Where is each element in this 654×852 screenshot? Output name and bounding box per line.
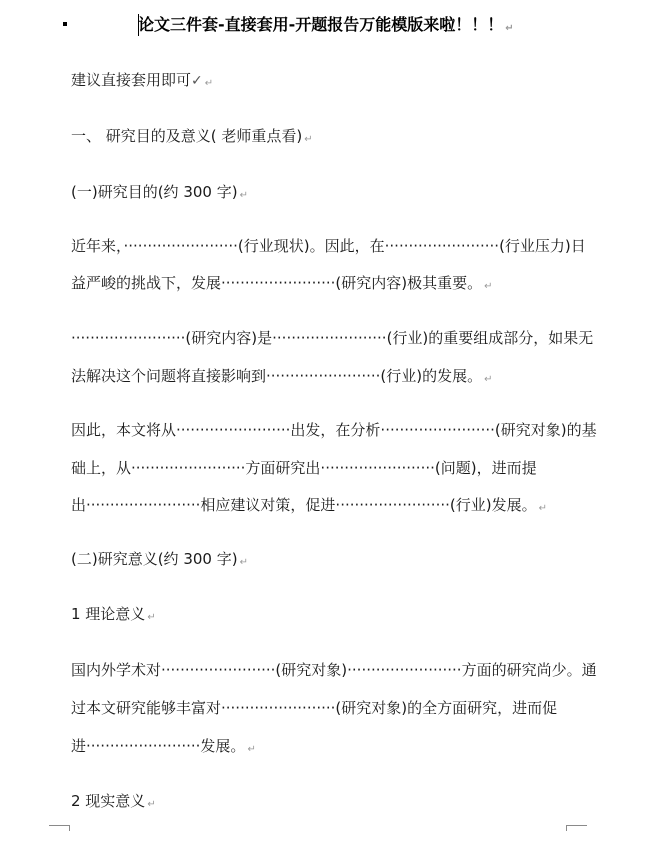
page-margin-corner-right-icon — [566, 825, 587, 831]
paragraph-4-line-1[interactable]: 国内外学术对························(研究对象)····… — [71, 660, 597, 680]
subsection-heading-significance[interactable]: (二)研究意义(约 300 字)↵ — [71, 549, 248, 573]
document-title[interactable]: 论文三件套-直接套用-开题报告万能模版来啦！！！↵ — [138, 14, 514, 40]
paragraph-4-line-2[interactable]: 过本文研究能够丰富对························(研究对象)… — [71, 698, 557, 718]
check-icon: ✓ — [191, 73, 203, 89]
heading-text: (二)研究意义(约 300 字) — [71, 550, 238, 568]
paragraph-mark-icon: ↵ — [205, 78, 213, 89]
paragraph-text: ························(研究内容)是·········… — [71, 329, 593, 347]
document-page[interactable]: 论文三件套-直接套用-开题报告万能模版来啦！！！↵ 建议直接套用即可✓↵ 一、 … — [0, 0, 654, 852]
paragraph-2-line-2[interactable]: 法解决这个问题将直接影响到························(行业… — [71, 366, 493, 390]
paragraph-mark-icon: ↵ — [304, 134, 312, 145]
paragraph-text: 近年来，························(行业现状)。因此，在·… — [71, 237, 586, 255]
page-margin-corner-left-icon — [49, 825, 70, 831]
heading-text: 一、 研究目的及意义( 老师重点看) — [71, 127, 302, 145]
paragraph-2-line-1[interactable]: ························(研究内容)是·········… — [71, 328, 593, 348]
paragraph-mark-icon: ↵ — [505, 23, 513, 34]
paragraph-mark-icon: ↵ — [147, 799, 155, 810]
paragraph-1-line-1[interactable]: 近年来，························(行业现状)。因此，在·… — [71, 236, 586, 256]
paragraph-text: 出························相应建议对策，促进······… — [71, 496, 537, 514]
intro-line[interactable]: 建议直接套用即可✓↵ — [71, 70, 213, 94]
paragraph-3-line-1[interactable]: 因此，本文将从························出发，在分析···… — [71, 420, 597, 440]
paragraph-mark-icon: ↵ — [240, 557, 248, 568]
intro-text: 建议直接套用即可 — [71, 71, 191, 89]
paragraph-text: 益严峻的挑战下，发展························(研究内容)… — [71, 274, 482, 292]
paragraph-3-line-3[interactable]: 出························相应建议对策，促进······… — [71, 495, 547, 519]
paragraph-mark-icon: ↵ — [484, 374, 492, 385]
paragraph-3-line-2[interactable]: 础上，从························方面研究出·······… — [71, 458, 537, 478]
subsection-heading-purpose[interactable]: (一)研究目的(约 300 字)↵ — [71, 182, 248, 206]
heading-text: 2 现实意义 — [71, 792, 145, 810]
heading-theoretical-significance[interactable]: 1 理论意义↵ — [71, 604, 156, 628]
paragraph-mark-icon: ↵ — [247, 744, 255, 755]
paragraph-mark-icon: ↵ — [539, 503, 547, 514]
paragraph-mark-icon: ↵ — [147, 612, 155, 623]
section-heading-1[interactable]: 一、 研究目的及意义( 老师重点看)↵ — [71, 126, 313, 150]
paragraph-text: 础上，从························方面研究出·······… — [71, 459, 537, 477]
paragraph-4-line-3[interactable]: 进························发展。↵ — [71, 736, 256, 760]
heading-text: 1 理论意义 — [71, 605, 145, 623]
paragraph-mark-icon: ↵ — [484, 281, 492, 292]
bullet-marker-icon — [63, 22, 67, 26]
paragraph-text: 国内外学术对························(研究对象)····… — [71, 661, 597, 679]
document-title-text: 论文三件套-直接套用-开题报告万能模版来啦！！！ — [138, 15, 503, 34]
heading-text: (一)研究目的(约 300 字) — [71, 183, 238, 201]
paragraph-text: 过本文研究能够丰富对························(研究对象)… — [71, 699, 557, 717]
paragraph-text: 法解决这个问题将直接影响到························(行业… — [71, 367, 482, 385]
paragraph-1-line-2[interactable]: 益严峻的挑战下，发展························(研究内容)… — [71, 273, 493, 297]
paragraph-text: 因此，本文将从························出发，在分析···… — [71, 421, 597, 439]
paragraph-mark-icon: ↵ — [240, 190, 248, 201]
heading-practical-significance[interactable]: 2 现实意义↵ — [71, 791, 156, 815]
paragraph-text: 进························发展。 — [71, 737, 245, 755]
